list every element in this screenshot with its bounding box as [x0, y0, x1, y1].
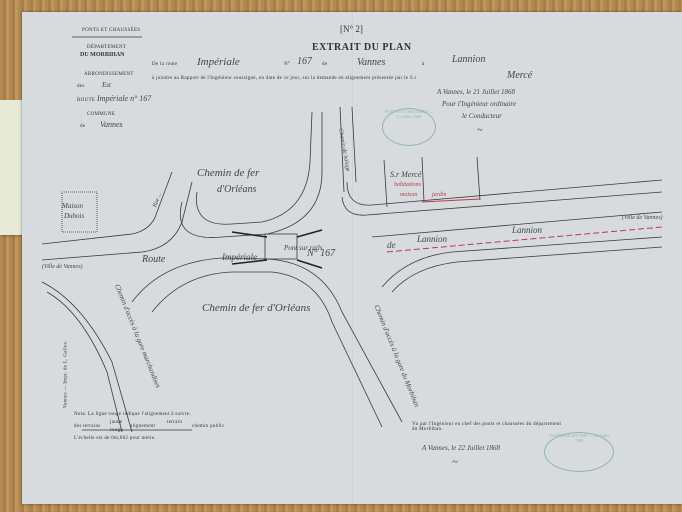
plot-right-jardin: jardin [432, 192, 446, 198]
printer-imprint: Vannes — Impr. de L. Galles. [63, 341, 68, 409]
place-date: A Vannes, le 21 Juillet 1868 [437, 88, 515, 96]
engineer-note-1: Pour l'Ingénieur ordinaire [442, 100, 516, 108]
line1-to: Lannion [452, 54, 485, 65]
line1-num: 167 [297, 56, 312, 67]
plot-right-habitations: habitations [394, 182, 421, 188]
legend-row-4: alignement [130, 424, 155, 429]
legend-scale: L'échelle est de 0m,002 pour mètre. [74, 436, 156, 441]
route-number-label: N° 167 [307, 248, 335, 259]
engineer-note-2: le Conducteur [462, 112, 502, 120]
signature-top: ~ [477, 125, 482, 136]
line1-from-label: de [322, 62, 327, 67]
rail-top-label-1: Chemin de fer [197, 167, 259, 179]
arrondissement-prefix: des [77, 84, 85, 89]
route-left-label: Route [142, 254, 165, 265]
route-value: Impériale n° 167 [97, 94, 151, 103]
arrondissement-value: Est [102, 81, 111, 89]
ville-left-label: (Ville de Vannes) [42, 264, 83, 270]
route-right-label-2: Lannion [512, 225, 542, 235]
rail-top-label-2: d'Orléans [217, 184, 256, 195]
footer-visa: Vu par l'Ingénieur en chef des ponts et … [412, 422, 562, 432]
department-label: DÉPARTEMENT [87, 45, 126, 50]
line1-prefix: De la route [152, 62, 178, 67]
applicant-name: Mercé [507, 70, 532, 81]
service-label: PONTS ET CHAUSSÉES [82, 28, 140, 33]
arrondissement-label: ARRONDISSEMENT [84, 72, 134, 77]
stamp-bottom: INGÉNIEUR EN CHEF — 22 Juillet 1868 [544, 432, 614, 472]
plot-right-maison: maison [400, 192, 417, 198]
commune-value: Vannes [100, 120, 123, 129]
route-right-label: Lannion [417, 234, 447, 244]
legend-note: Nota. La ligne rouge indique l'alignemen… [74, 412, 191, 417]
legend-row-2: jaune [110, 420, 122, 425]
document-number: [N° 2] [340, 24, 363, 34]
rail-bottom-label: Chemin de fer d'Orléans [202, 302, 310, 314]
line1-to-label: à [422, 62, 425, 67]
legend-row-5: terrain [167, 420, 182, 425]
line1-route: Impériale [197, 56, 240, 68]
commune-label: COMMUNE [87, 112, 115, 117]
plan-document: PONTS ET CHAUSSÉES DÉPARTEMENT DU MORBIH… [22, 12, 682, 504]
document-title: EXTRAIT DU PLAN [312, 42, 412, 53]
footer-place-date: A Vannes, le 22 Juillet 1868 [422, 444, 500, 452]
route-mid-label: Impériale [222, 252, 257, 262]
legend-row-6: chemin public [192, 424, 224, 429]
line1-from: Vannes [357, 57, 385, 68]
line2-text: à joindre au Rapport de l'Ingénieur sous… [152, 76, 416, 81]
department-name: DU MORBIHAN [80, 52, 125, 58]
footer-signature: ~ [452, 456, 458, 468]
route-de-label: de [387, 240, 396, 250]
ville-right-label: (Ville de Vannes) [622, 215, 663, 221]
plot-left-label-1: Maison [62, 202, 83, 210]
stamp-top: PONTS ET CHAUSSÉES — 21 Juillet 1868 [382, 108, 436, 146]
legend-row-3: rouge [110, 428, 123, 433]
legend-row-1: des terrains [74, 424, 101, 429]
route-label: ROUTE [77, 98, 95, 103]
line1-num-label: N° [284, 62, 290, 67]
plot-left-label-2: Dubois [64, 212, 84, 220]
plot-right-owner: S.r Mercé [390, 170, 421, 179]
commune-prefix: de [80, 124, 85, 129]
